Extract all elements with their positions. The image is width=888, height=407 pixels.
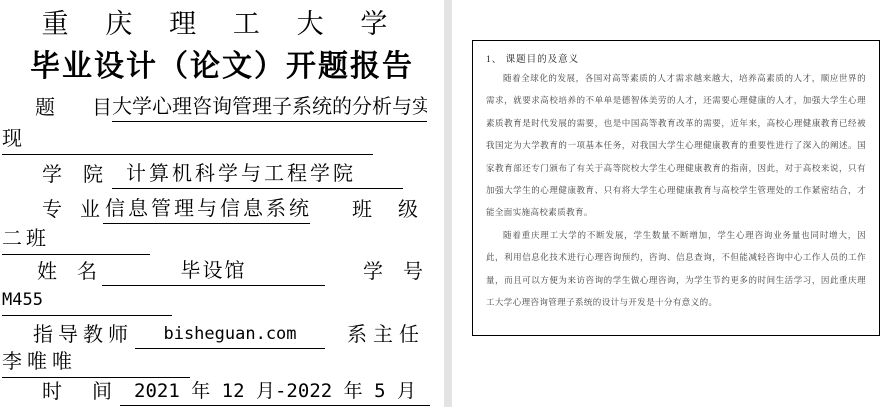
department-head-label: 系主任 <box>347 321 425 349</box>
name-row: 姓 名 毕设馆 学 号 <box>37 256 423 286</box>
topic-value: 大学心理咨询管理子系统的分析与实 <box>112 93 427 122</box>
cover-page: 重 庆 理 工 大 学 毕业设计（论文）开题报告 题 目 大学心理咨询管理子系统… <box>0 0 444 407</box>
class-label-right: 级 <box>398 196 418 224</box>
university-title: 重 庆 理 工 大 学 <box>0 2 444 41</box>
time-label: 时 间 <box>42 378 112 406</box>
student-id-value-continuation: M455 <box>2 287 172 316</box>
topic-label: 题 目 <box>35 94 112 122</box>
college-label-right: 院 <box>83 161 103 189</box>
time-label-left: 时 <box>42 378 62 406</box>
section-paragraph: 随着全球化的发展，各国对高等素质的人才需求越来越大，培养高素质的人才，顺应世界的… <box>486 67 866 224</box>
college-label: 学 院 <box>42 161 103 189</box>
department-head-value-continuation: 李唯唯 <box>2 349 190 378</box>
name-value: 毕设馆 <box>102 257 325 286</box>
college-row: 学 院 计算机科学与工程学院 <box>42 159 403 189</box>
topic-row: 题 目 大学心理咨询管理子系统的分析与实 <box>35 92 427 122</box>
student-id-label-left: 学 <box>363 258 383 286</box>
student-id-label: 学 号 <box>363 258 423 286</box>
advisor-label: 指导教师 <box>33 321 133 349</box>
college-label-left: 学 <box>42 161 62 189</box>
major-label: 专 业 <box>42 196 100 224</box>
student-id-label-right: 号 <box>403 258 423 286</box>
name-label: 姓 名 <box>37 258 97 286</box>
class-label-left: 班 <box>352 196 372 224</box>
section-heading: 1、 课题目的及意义 <box>486 51 866 65</box>
page-gutter <box>444 0 452 407</box>
advisor-value: bisheguan.com <box>135 321 325 349</box>
major-row: 专 业 信息管理与信息系统 班 级 <box>42 194 425 224</box>
time-row: 时 间 2021 年 12 月-2022 年 5 月 <box>42 376 430 406</box>
advisor-row: 指导教师 bisheguan.com 系主任 <box>33 319 425 349</box>
major-label-left: 专 <box>42 196 62 224</box>
name-label-right: 名 <box>77 258 97 286</box>
time-value: 2021 年 12 月-2022 年 5 月 <box>120 378 430 406</box>
topic-label-left: 题 <box>35 94 55 122</box>
section-page: 1、 课题目的及意义 随着全球化的发展，各国对高等素质的人才需求越来越大，培养高… <box>452 0 888 407</box>
class-value-continuation: 二班 <box>2 226 150 255</box>
class-label: 班 级 <box>352 196 418 224</box>
section-paragraph: 随着重庆理工大学的不断发展，学生数量不断增加，学生心理咨询业务量也同时增大，因此… <box>486 224 866 314</box>
document-preview: 重 庆 理 工 大 学 毕业设计（论文）开题报告 题 目 大学心理咨询管理子系统… <box>0 0 888 407</box>
topic-label-right: 目 <box>92 94 112 122</box>
time-label-right: 间 <box>92 378 112 406</box>
topic-value-continuation: 现 <box>2 126 373 155</box>
major-value: 信息管理与信息系统 <box>103 195 310 224</box>
college-value: 计算机科学与工程学院 <box>112 160 403 189</box>
name-label-left: 姓 <box>37 258 57 286</box>
section-border-box: 1、 课题目的及意义 随着全球化的发展，各国对高等素质的人才需求越来越大，培养高… <box>472 40 880 336</box>
report-title: 毕业设计（论文）开题报告 <box>0 41 444 85</box>
major-label-right: 业 <box>80 196 100 224</box>
